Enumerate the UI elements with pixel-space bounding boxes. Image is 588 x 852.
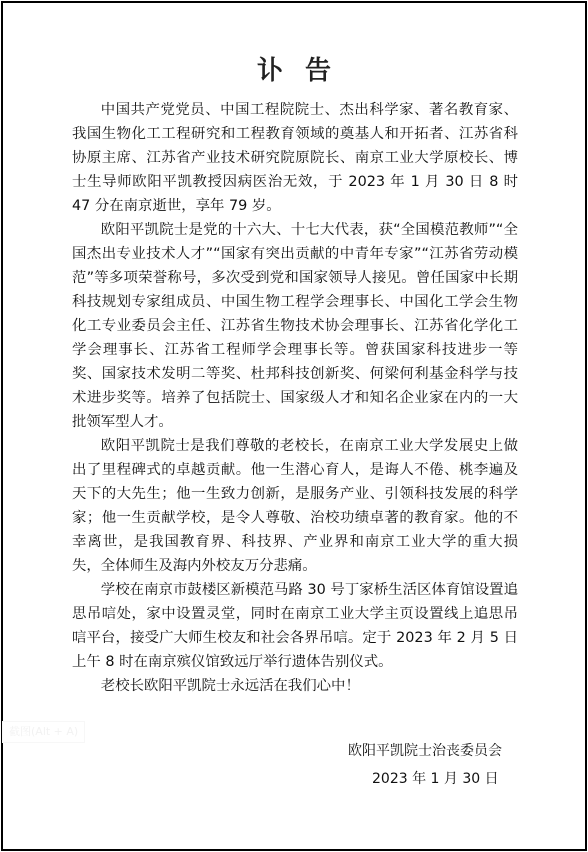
document-body: 中国共产党党员、中国工程院院士、杰出科学家、著名教育家、我国生物化工工程研究和工… <box>72 98 518 698</box>
document-title: 讣告 <box>0 50 588 87</box>
paragraph-memorial-arrangements: 学校在南京市鼓楼区新模范马路 30 号丁家桥生活区体育馆设置追思吊唁处，家中设置… <box>72 578 518 674</box>
paragraph-closing: 老校长欧阳平凯院士永远活在我们心中！ <box>72 674 518 698</box>
paragraph-announcement: 中国共产党党员、中国工程院院士、杰出科学家、著名教育家、我国生物化工工程研究和工… <box>72 98 518 218</box>
paragraph-honors: 欧阳平凯院士是党的十六大、十七大代表，获“全国模范教师”“全国杰出专业技术人才”… <box>72 218 518 434</box>
signature-date: 2023 年 1 月 30 日 <box>340 765 540 793</box>
paragraph-contributions: 欧阳平凯院士是我们尊敬的老校长，在南京工业大学发展史上做出了里程碑式的卓越贡献。… <box>72 434 518 578</box>
signature-block: 欧阳平凯院士治丧委员会 2023 年 1 月 30 日 <box>340 737 540 793</box>
signature-organization: 欧阳平凯院士治丧委员会 <box>340 737 540 765</box>
screenshot-tooltip: 截图(Alt + A) <box>2 721 85 743</box>
